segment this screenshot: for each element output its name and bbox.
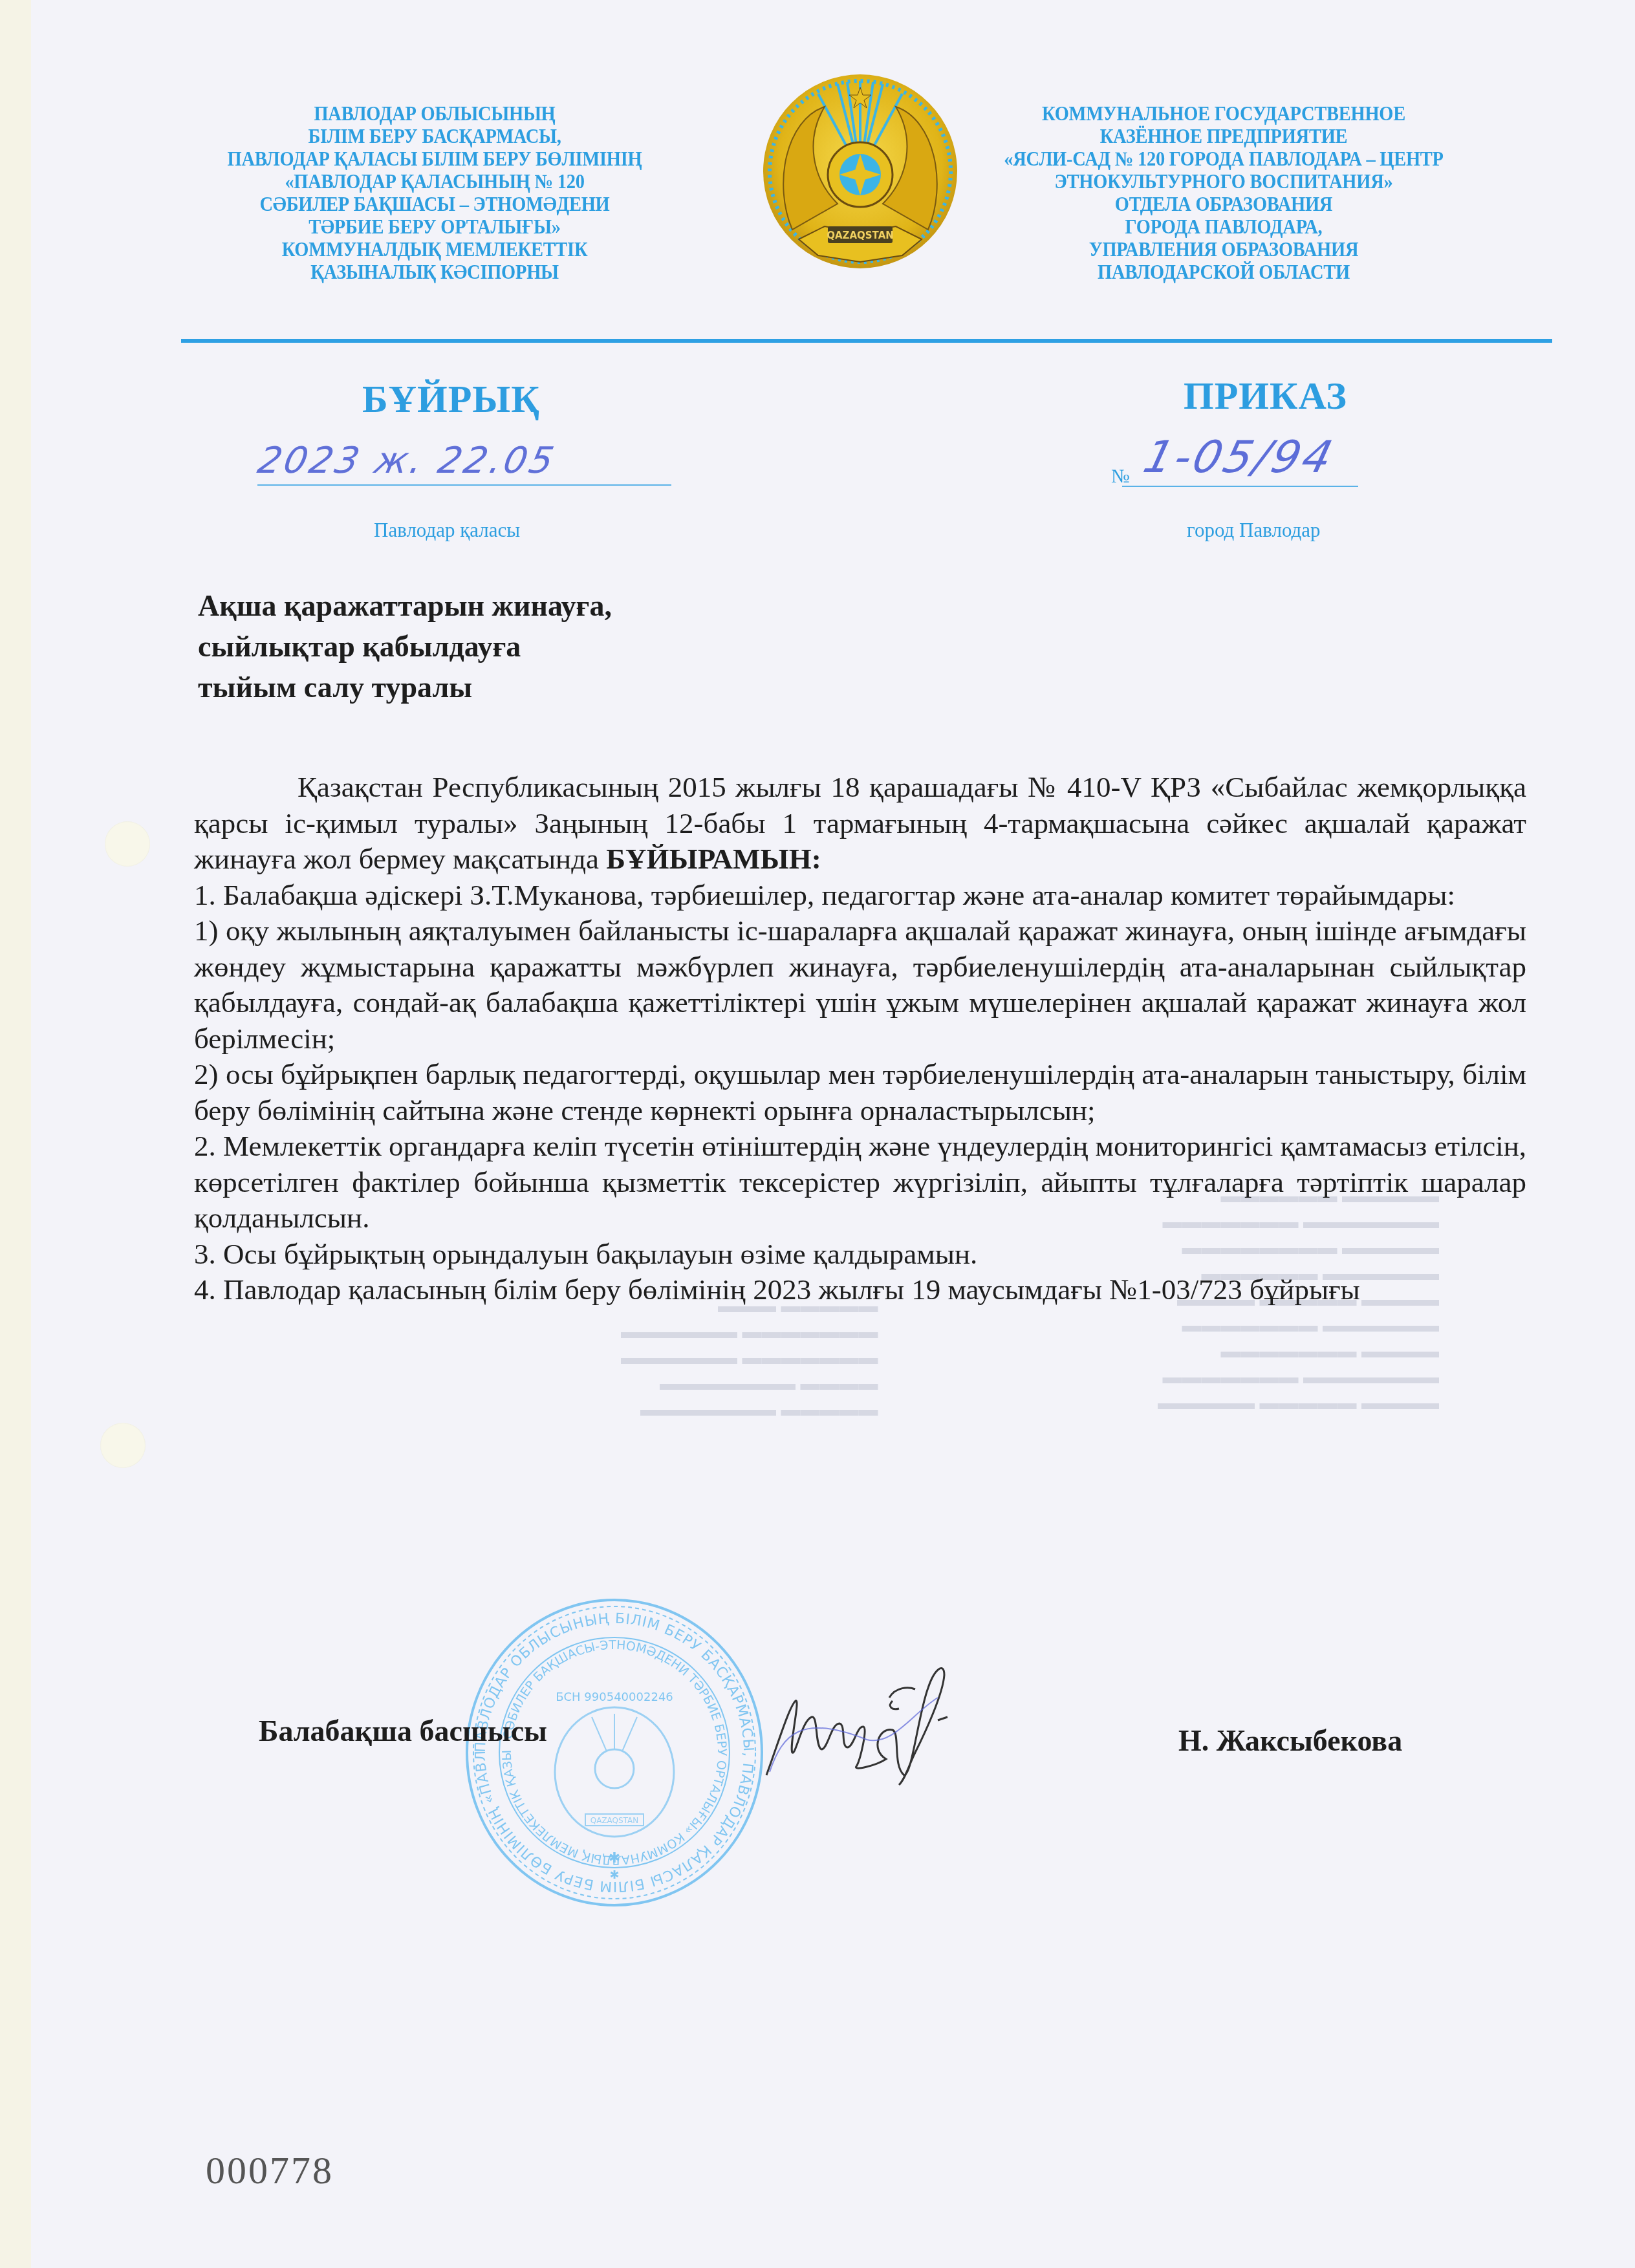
preamble-paragraph: Қазақстан Республикасының 2015 жылғы 18 …: [194, 770, 1526, 878]
header-divider: [181, 339, 1552, 343]
org-ru-line: КОММУНАЛЬНОЕ ГОСУДАРСТВЕННОЕ: [991, 102, 1456, 125]
subject-line: тыйым салу туралы: [198, 667, 612, 707]
signer-role: Балабақша басшысы: [259, 1714, 547, 1748]
org-kz-line: ПАВЛОДАР ОБЛЫСЫНЫҢ: [202, 102, 667, 125]
order-item: 3. Осы бұйрықтың орындалуын бақылауын өз…: [194, 1237, 1526, 1273]
signer-name: Н. Жаксыбекова: [1178, 1723, 1402, 1758]
order-word: БҰЙЫРАМЫН:: [606, 843, 821, 875]
org-kz-line: ПАВЛОДАР ҚАЛАСЫ БІЛІМ БЕРУ БӨЛІМІНІҢ: [202, 147, 667, 170]
number-underline: [1122, 486, 1358, 487]
official-stamp-icon: ПАВЛОДАР ОБЛЫСЫНЫҢ БІЛІМ БЕРУ БАСҚАРМАСЫ…: [459, 1591, 770, 1914]
bleed-through-text: ▬▬▬▬▬ ▬▬▬▬▬▬▬▬▬▬ ▬▬▬▬▬▬▬▬▬▬▬▬▬ ▬▬▬▬▬▬▬▬▬…: [621, 1293, 878, 1423]
order-title-ru: ПРИКАЗ: [1184, 374, 1347, 418]
form-serial-number: 000778: [206, 2148, 334, 2193]
preamble-text: Қазақстан Республикасының 2015 жылғы 18 …: [194, 771, 1526, 875]
order-number-label: №: [1111, 466, 1130, 488]
order-date-handwritten: 2023 ж. 22.05: [254, 440, 560, 482]
svg-text:БСН 990540002246: БСН 990540002246: [556, 1690, 673, 1704]
org-kz-line: «ПАВЛОДАР ҚАЛАСЫНЫҢ № 120: [202, 170, 667, 193]
scanner-edge-strip: [0, 0, 31, 2268]
organization-name-ru: КОММУНАЛЬНОЕ ГОСУДАРСТВЕННОЕ КАЗЁННОЕ ПР…: [991, 102, 1456, 283]
org-kz-line: КОММУНАЛДЫҚ МЕМЛЕКЕТТІК: [202, 238, 667, 261]
punch-hole: [105, 821, 150, 867]
date-underline: [257, 484, 671, 486]
order-item: 2) осы бұйрықпен барлық педагогтерді, оқ…: [194, 1057, 1526, 1129]
subject-line: сыйлықтар қабылдауға: [198, 626, 612, 667]
svg-text:✱: ✱: [609, 1850, 620, 1866]
org-kz-line: ҚАЗЫНАЛЫҚ КӘСІПОРНЫ: [202, 261, 667, 283]
order-item: 1) оқу жылының аяқталуымен байланысты іс…: [194, 913, 1526, 1057]
place-ru: город Павлодар: [1187, 519, 1321, 542]
order-item: 2. Мемлекеттік органдарға келіп түсетін …: [194, 1129, 1526, 1237]
org-ru-line: ПАВЛОДАРСКОЙ ОБЛАСТИ: [991, 261, 1456, 283]
place-kz: Павлодар қаласы: [374, 519, 520, 542]
order-item: 4. Павлодар қаласының білім беру бөлімін…: [194, 1272, 1526, 1308]
kazakhstan-emblem-icon: QAZAQSTAN: [747, 68, 973, 281]
org-ru-line: «ЯСЛИ-САД № 120 ГОРОДА ПАВЛОДАРА – ЦЕНТР: [991, 147, 1456, 170]
order-item: 1. Балабақша әдіскері З.Т.Муканова, тәрб…: [194, 878, 1526, 914]
svg-text:QAZAQSTAN: QAZAQSTAN: [827, 230, 894, 241]
order-body: Қазақстан Республикасының 2015 жылғы 18 …: [194, 770, 1526, 1308]
order-title-kz: БҰЙРЫҚ: [362, 377, 540, 422]
subject-line: Ақша қаражаттарын жинауға,: [198, 585, 612, 626]
punch-hole: [100, 1423, 146, 1468]
svg-text:QAZAQSTAN: QAZAQSTAN: [590, 1816, 639, 1825]
handwritten-signature-icon: [750, 1636, 957, 1791]
organization-name-kz: ПАВЛОДАР ОБЛЫСЫНЫҢ БІЛІМ БЕРУ БАСҚАРМАСЫ…: [202, 102, 667, 283]
svg-text:✱: ✱: [609, 1868, 619, 1881]
org-kz-line: БІЛІМ БЕРУ БАСҚАРМАСЫ,: [202, 125, 667, 147]
org-ru-line: УПРАВЛЕНИЯ ОБРАЗОВАНИЯ: [991, 238, 1456, 261]
org-kz-line: СӘБИЛЕР БАҚШАСЫ – ЭТНОМӘДЕНИ: [202, 193, 667, 215]
org-ru-line: ГОРОДА ПАВЛОДАРА,: [991, 215, 1456, 238]
org-kz-line: ТӘРБИЕ БЕРУ ОРТАЛЫҒЫ»: [202, 215, 667, 238]
org-ru-line: ЭТНОКУЛЬТУРНОГО ВОСПИТАНИЯ»: [991, 170, 1456, 193]
org-ru-line: ОТДЕЛА ОБРАЗОВАНИЯ: [991, 193, 1456, 215]
org-ru-line: КАЗЁННОЕ ПРЕДПРИЯТИЕ: [991, 125, 1456, 147]
order-subject: Ақша қаражаттарын жинауға, сыйлықтар қаб…: [198, 585, 612, 707]
order-number-handwritten: 1-05/94: [1138, 432, 1339, 483]
